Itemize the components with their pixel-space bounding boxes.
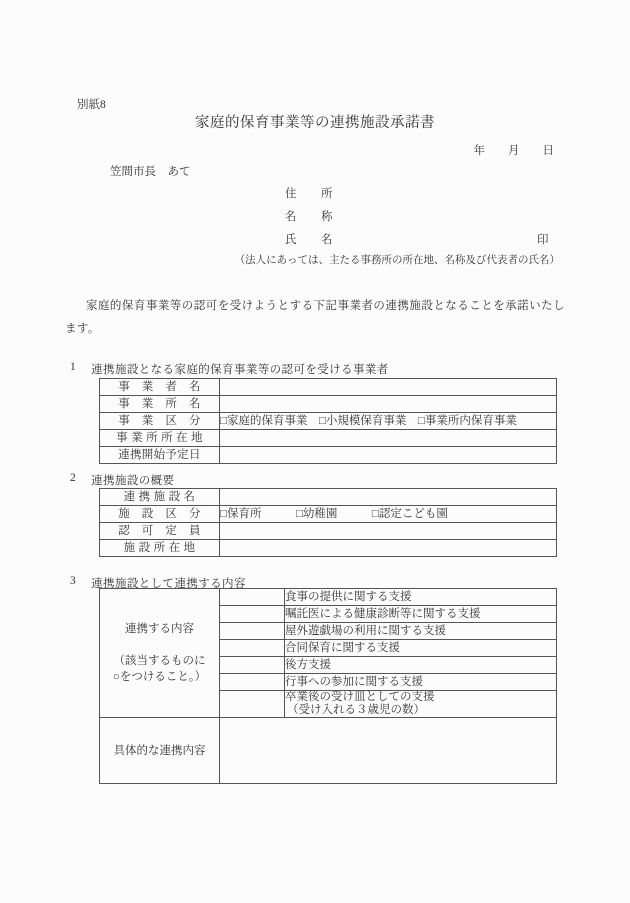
cooperation-content-table: 連携する内容 （該当するものに ○をつけること。） 食事の提供に関する支援 嘱託…: [99, 588, 557, 784]
table-row: 事 業 者 名: [100, 379, 557, 396]
support-item-line: 卒業後の受け皿としての支援: [285, 691, 556, 704]
support-item: 屋外遊戯場の利用に関する支援: [285, 623, 557, 640]
start-date-label: 連携開始予定日: [100, 447, 220, 464]
cooperation-items-label: 連携する内容 （該当するものに ○をつけること。）: [100, 589, 220, 718]
addressee: 笠間市長 あて: [110, 163, 191, 179]
office-name-label: 事 業 所 名: [100, 396, 220, 413]
check-cell: [220, 589, 285, 606]
table-row: 施 設 所 在 地: [100, 540, 557, 557]
operator-name-cell: [220, 379, 557, 396]
facility-address-cell: [220, 540, 557, 557]
detail-content-label: 具体的な連携内容: [100, 718, 220, 784]
table-row: 認 可 定 員: [100, 523, 557, 540]
business-category-options: □家庭的保育事業 □小規模保育事業 □事業所内保育事業: [220, 413, 557, 430]
section1-heading-text: 連携施設となる家庭的保育事業等の認可を受ける事業者: [91, 361, 389, 377]
section2-heading-text: 連携施設の概要: [91, 472, 174, 488]
person-name-label: 氏 名: [285, 231, 333, 247]
section2-heading: 2 連携施設の概要: [70, 472, 174, 488]
office-address-cell: [220, 430, 557, 447]
partner-facility-name-label: 連 携 施 設 名: [100, 489, 220, 506]
support-item: 食事の提供に関する支援: [285, 589, 557, 606]
detail-content-cell: [220, 718, 557, 784]
section3-number: 3: [70, 575, 76, 591]
facility-address-label: 施 設 所 在 地: [100, 540, 220, 557]
table-row: 事 業 所 所 在 地: [100, 430, 557, 447]
entity-name-label: 名 称: [285, 208, 333, 224]
table-row: 事 業 区 分 □家庭的保育事業 □小規模保育事業 □事業所内保育事業: [100, 413, 557, 430]
support-item: 行事への参加に関する支援: [285, 674, 557, 691]
attachment-label: 別紙8: [77, 96, 106, 112]
approved-capacity-cell: [220, 523, 557, 540]
office-address-label: 事 業 所 所 在 地: [100, 430, 220, 447]
check-cell: [220, 606, 285, 623]
support-item-note: （受け入れる３歳児の数）: [287, 704, 556, 717]
facility-category-label: 施 設 区 分: [100, 506, 220, 523]
table-row: 施 設 区 分 □保育所 □幼稚園 □認定こども園: [100, 506, 557, 523]
facility-category-options: □保育所 □幼稚園 □認定こども園: [220, 506, 557, 523]
address-label: 住 所: [285, 185, 333, 201]
section1-number: 1: [70, 361, 76, 377]
operator-table: 事 業 者 名 事 業 所 名 事 業 区 分 □家庭的保育事業 □小規模保育事…: [99, 378, 557, 464]
start-date-cell: [220, 447, 557, 464]
operator-name-label: 事 業 者 名: [100, 379, 220, 396]
section2-number: 2: [70, 472, 76, 488]
business-category-label: 事 業 区 分: [100, 413, 220, 430]
date-line: 年 月 日: [474, 142, 555, 158]
check-cell: [220, 623, 285, 640]
approved-capacity-label: 認 可 定 員: [100, 523, 220, 540]
document-page: 別紙8 家庭的保育事業等の連携施設承諾書 年 月 日 笠間市長 あて 住 所 名…: [0, 0, 630, 903]
support-item: 合同保育に関する支援: [285, 640, 557, 657]
table-row: 具体的な連携内容: [100, 718, 557, 784]
table-row: 連 携 施 設 名: [100, 489, 557, 506]
check-cell: [220, 640, 285, 657]
seal-mark: 印: [537, 231, 549, 247]
consent-paragraph: 家庭的保育事業等の認可を受けようとする下記事業者の連携施設となることを承諾いたし…: [65, 295, 565, 340]
support-item: 嘱託医による健康診断等に関する支援: [285, 606, 557, 623]
table-row: 連携開始予定日: [100, 447, 557, 464]
support-item: 後方支援: [285, 657, 557, 674]
check-cell: [220, 674, 285, 691]
partner-facility-name-cell: [220, 489, 557, 506]
office-name-cell: [220, 396, 557, 413]
corporate-note: （法人にあっては、主たる事務所の所在地、名称及び代表者の氏名）: [235, 252, 560, 267]
check-cell: [220, 691, 285, 718]
table-row: 事 業 所 名: [100, 396, 557, 413]
table-row: 連携する内容 （該当するものに ○をつけること。） 食事の提供に関する支援: [100, 589, 557, 606]
section1-heading: 1 連携施設となる家庭的保育事業等の認可を受ける事業者: [70, 361, 389, 377]
partner-facility-table: 連 携 施 設 名 施 設 区 分 □保育所 □幼稚園 □認定こども園 認 可 …: [99, 488, 557, 557]
support-item: 卒業後の受け皿としての支援 （受け入れる３歳児の数）: [285, 691, 557, 718]
document-title: 家庭的保育事業等の連携施設承諾書: [0, 111, 630, 132]
check-cell: [220, 657, 285, 674]
